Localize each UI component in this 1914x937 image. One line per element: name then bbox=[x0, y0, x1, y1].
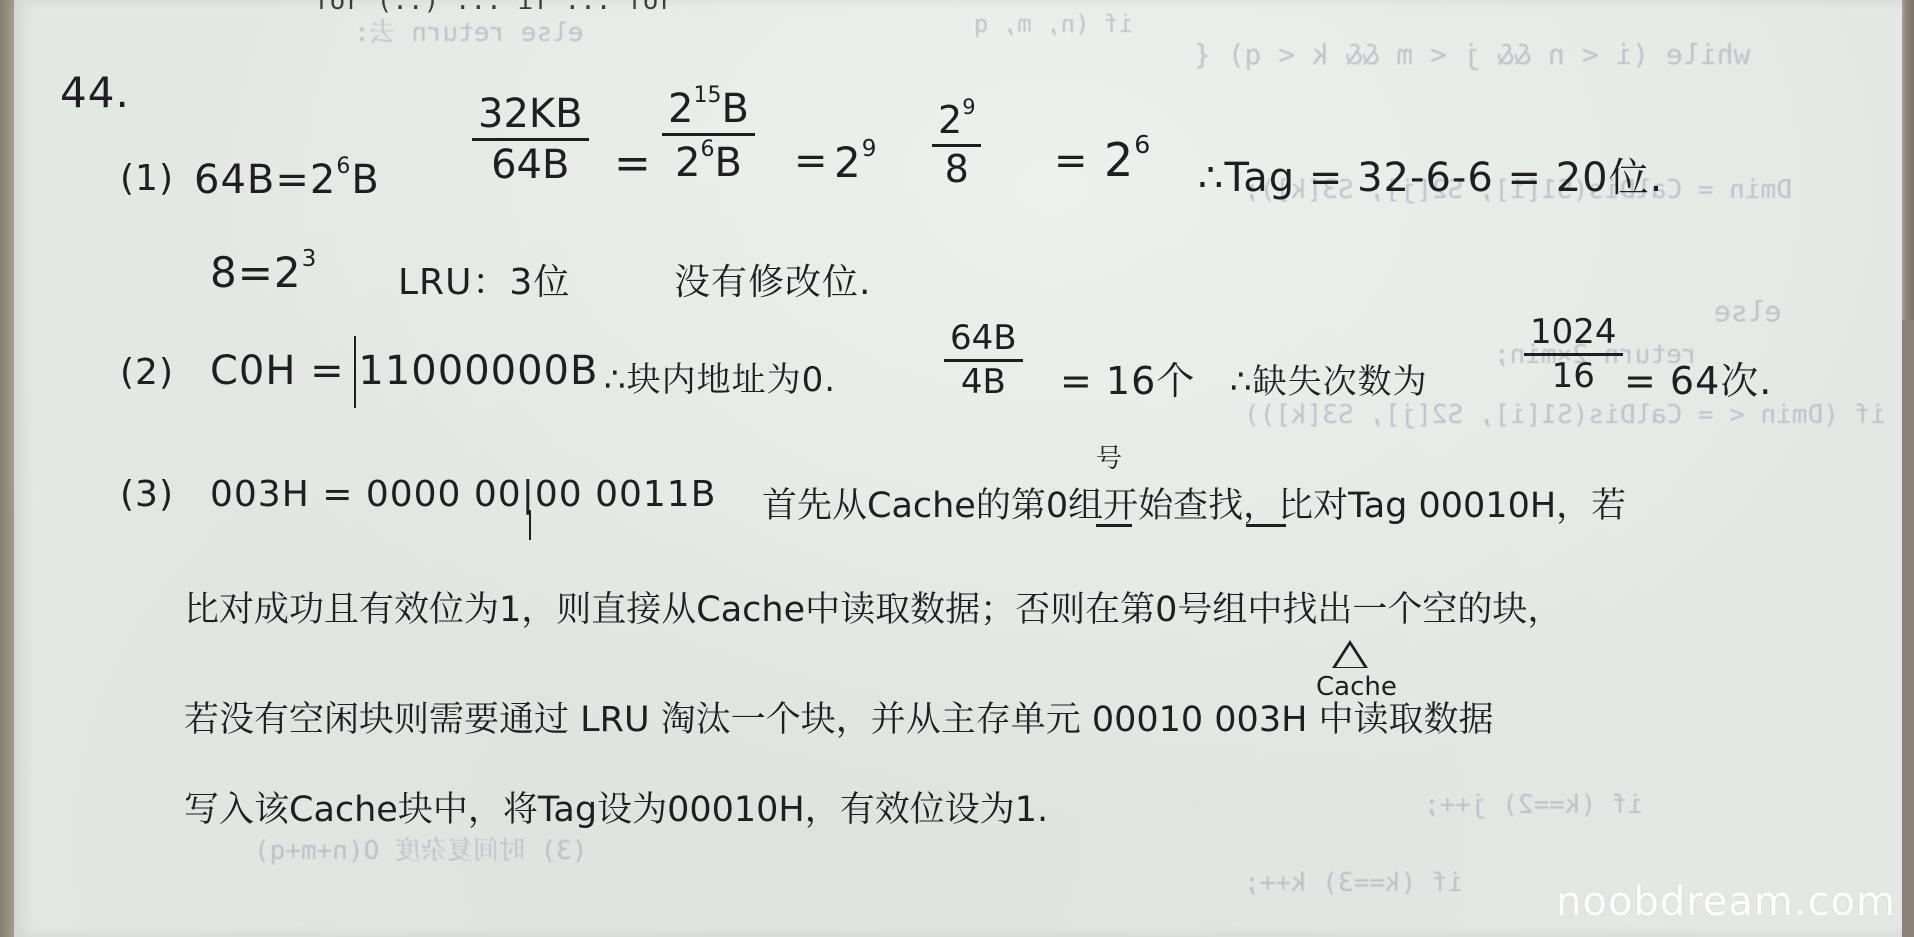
part3-line2-text: 比对成功且有效位为1，则直接从Cache中读取数据；否则在第0号组中找出一个空的… bbox=[184, 582, 1562, 632]
part2-label: (2) bbox=[120, 352, 174, 393]
watermark-text: noobdream.com bbox=[1556, 879, 1896, 925]
underline-mark bbox=[1246, 524, 1286, 527]
part1-label: (1) bbox=[120, 158, 174, 199]
insert-annotation-hao: 号 bbox=[1096, 438, 1122, 475]
bit-split-mark bbox=[354, 336, 356, 408]
bit-split-mark bbox=[529, 510, 531, 540]
part1-sets-count: 26 bbox=[1104, 130, 1151, 187]
bleed-line: if (n, m, q bbox=[974, 10, 1133, 38]
part2-miss-result: = 64次. bbox=[1624, 350, 1772, 405]
bleed-line: (3) 时间复杂度 O(n+m+q) bbox=[254, 830, 588, 867]
part1-lru-bits: LRU：3位 bbox=[398, 254, 570, 305]
part3-line4-text: 写入该Cache块中，将Tag设为00010H，有效位设为1. bbox=[184, 782, 1048, 832]
insert-caret-icon bbox=[1332, 640, 1368, 668]
part1-lines-count: 29 bbox=[834, 136, 877, 187]
equals-sign: = bbox=[614, 138, 652, 189]
part3-line1-text: 首先从Cache的第0组开始查找，比对Tag 00010H，若 bbox=[762, 478, 1626, 528]
part3-line3-text: 若没有空闲块则需要通过 LRU 淘汰一个块，并从主存单元 00010 003H … bbox=[184, 692, 1494, 742]
part1-fraction-cache-over-block: 32KB 64B bbox=[472, 92, 589, 187]
part1-fraction-powers: 215B 26B bbox=[662, 84, 755, 185]
part1-associativity: 8=23 bbox=[210, 246, 317, 297]
part2-fraction-miss-count: 1024 16 bbox=[1524, 314, 1623, 396]
equals-sign: = bbox=[1054, 138, 1089, 184]
part1-block-size: 64B=26B bbox=[194, 154, 380, 203]
part2-words-per-block: = 16个 bbox=[1060, 350, 1195, 405]
bleed-line: if (k==2) j++; bbox=[1424, 790, 1643, 820]
part1-tag-calculation: ∴Tag = 32-6-6 = 20位. bbox=[1198, 146, 1663, 203]
bleed-line: if (k==3) k++; bbox=[1244, 868, 1463, 898]
question-number: 44. bbox=[60, 68, 130, 117]
part1-fraction-lines-over-ways: 29 8 bbox=[932, 96, 981, 190]
bleed-line: else return 去: bbox=[354, 12, 584, 49]
bleed-line: while (i < n && j < m && k < q) { bbox=[1194, 38, 1750, 71]
part2-block-offset: ∴块内地址为0. bbox=[604, 352, 836, 401]
part3-address: 003H = 0000 00|00 0011B bbox=[210, 474, 716, 515]
part2-address: C0H = 11000000B bbox=[210, 348, 598, 394]
part1-no-dirty-bit: 没有修改位. bbox=[674, 254, 871, 305]
paper-sheet: for (..) ... if ... for while (i < n && … bbox=[14, 0, 1902, 937]
underline-mark bbox=[1096, 524, 1132, 527]
part3-label: (3) bbox=[120, 474, 174, 515]
bleed-line: else bbox=[1714, 295, 1781, 328]
part2-miss-label: ∴缺失次数为 bbox=[1230, 354, 1428, 403]
equals-sign: = bbox=[794, 138, 829, 184]
bleed-line: if (Dmin < = CalDis(S1[i], S2[j], S3[k])… bbox=[1244, 400, 1886, 430]
part2-fraction-block-over-word: 64B 4B bbox=[944, 320, 1023, 402]
